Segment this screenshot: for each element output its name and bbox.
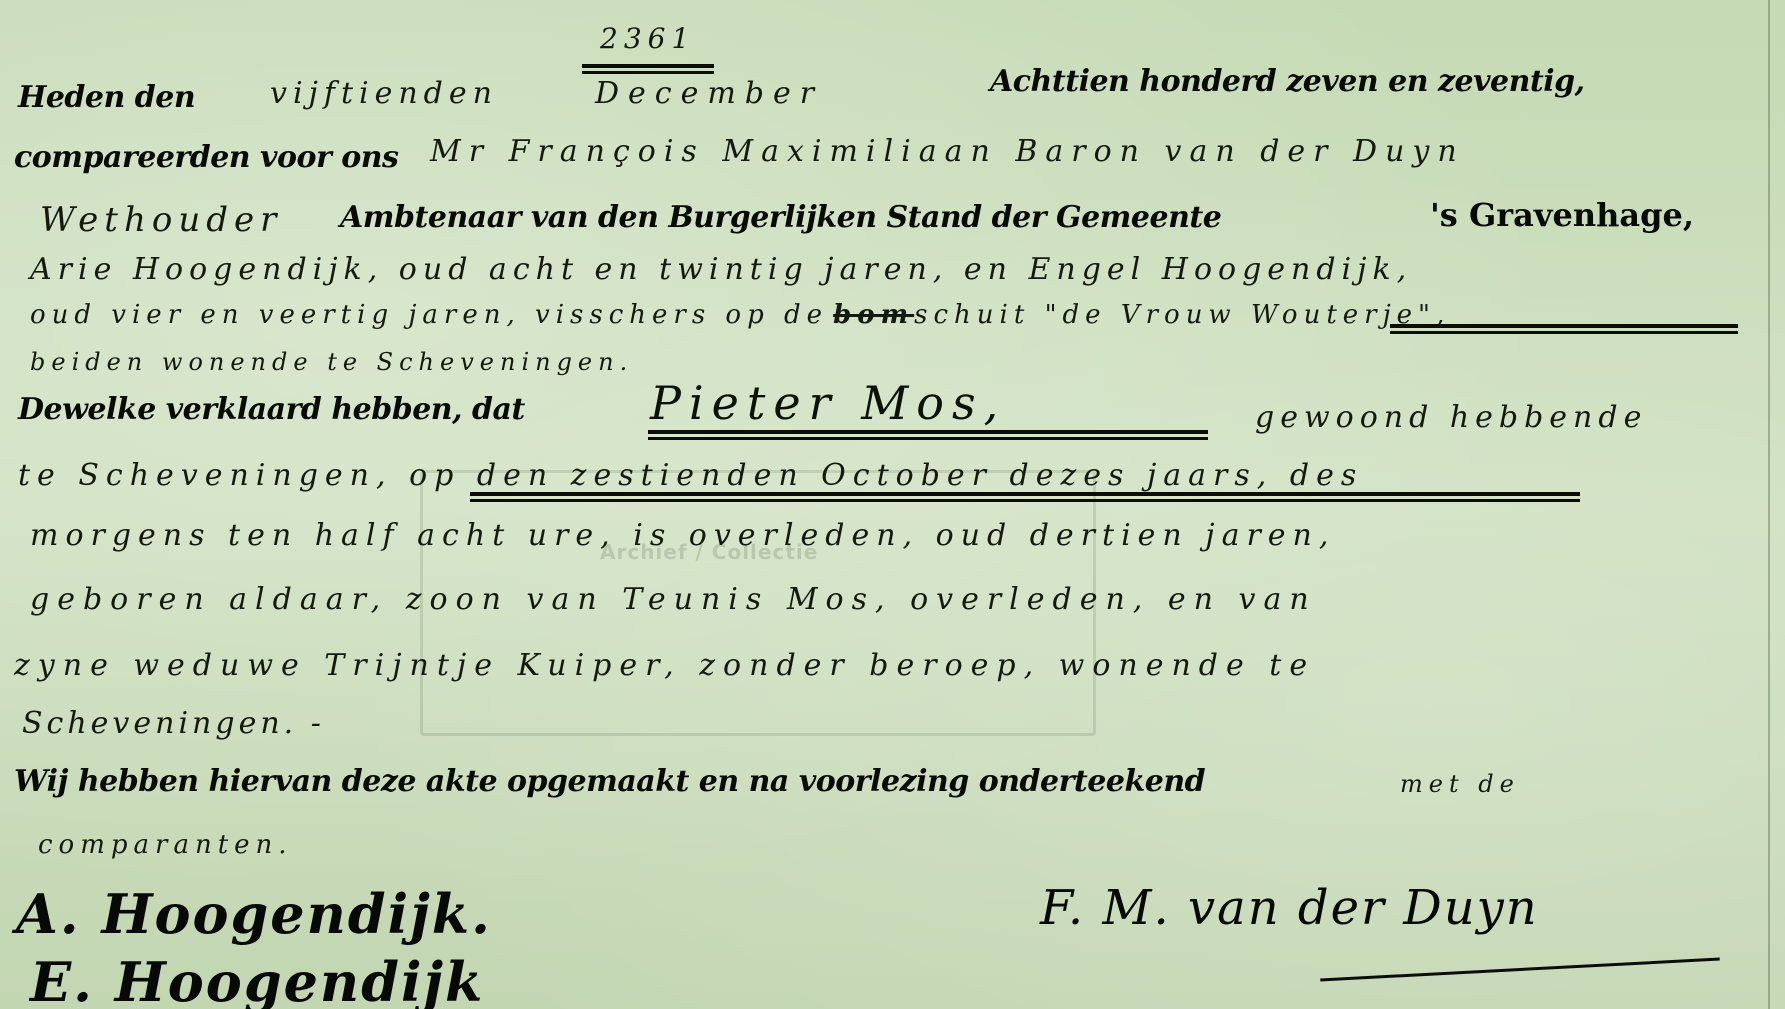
signature-official: F. M. van der Duyn bbox=[1040, 880, 1539, 936]
record-number: 2361 bbox=[600, 22, 695, 55]
hand-wethouder: Wethouder bbox=[40, 200, 282, 240]
hand-comparanten: comparanten. bbox=[38, 830, 293, 860]
printed-closing: Wij hebben hiervan deze akte opgemaakt e… bbox=[14, 764, 1205, 799]
hand-parents-mother: zyne weduwe Trijntje Kuiper, zonder bero… bbox=[14, 648, 1315, 683]
hand-witness-details: oud vier en veertig jaren, visschers op … bbox=[30, 300, 828, 330]
ship-name-underline bbox=[1390, 324, 1738, 334]
signature-official-flourish bbox=[1320, 958, 1720, 982]
signature-witness-2: E. Hoogendijk bbox=[30, 950, 484, 1009]
hand-witnesses: Arie Hoogendijk, oud acht en twintig jar… bbox=[30, 252, 1412, 287]
page-edge-crease bbox=[1768, 0, 1770, 1009]
hand-struck-word: bom bbox=[833, 300, 914, 330]
deceased-name-underline bbox=[648, 430, 1208, 440]
hand-place-end: Scheveningen. - bbox=[22, 706, 325, 741]
printed-municipality: 's Gravenhage, bbox=[1430, 196, 1694, 234]
hand-official-name: Mr François Maximiliaan Baron van der Du… bbox=[430, 134, 1465, 169]
hand-day: vijftienden bbox=[270, 76, 498, 111]
printed-ambtenaar: Ambtenaar van den Burgerlijken Stand der… bbox=[340, 200, 1221, 235]
deceased-name: Pieter Mos, bbox=[650, 376, 1006, 430]
record-number-underline bbox=[582, 64, 714, 74]
death-date-underline bbox=[470, 492, 1580, 502]
hand-parents-father: geboren aldaar, zoon van Teunis Mos, ove… bbox=[30, 582, 1317, 617]
hand-gewoond: gewoond hebbende bbox=[1255, 400, 1647, 435]
hand-ship-name: schuit "de Vrouw Wouterje", bbox=[914, 300, 1450, 330]
certificate-page: Archief / Collectie 2361 Heden den vijft… bbox=[0, 0, 1785, 1009]
printed-heden-den: Heden den bbox=[18, 80, 195, 115]
hand-met-de: met de bbox=[1400, 770, 1520, 798]
hand-death-date: te Scheveningen, op den zestienden Octob… bbox=[18, 458, 1363, 493]
hand-residence: beiden wonende te Scheveningen. bbox=[30, 348, 633, 376]
hand-month: December bbox=[595, 76, 823, 111]
printed-year: Achttien honderd zeven en zeventig, bbox=[990, 64, 1585, 99]
signature-witness-1: A. Hoogendijk. bbox=[16, 882, 492, 946]
printed-dewelke: Dewelke verklaard hebben, dat bbox=[18, 392, 525, 427]
hand-death-time: morgens ten half acht ure, is overleden,… bbox=[30, 518, 1335, 553]
printed-compareerden: compareerden voor ons bbox=[14, 140, 398, 175]
